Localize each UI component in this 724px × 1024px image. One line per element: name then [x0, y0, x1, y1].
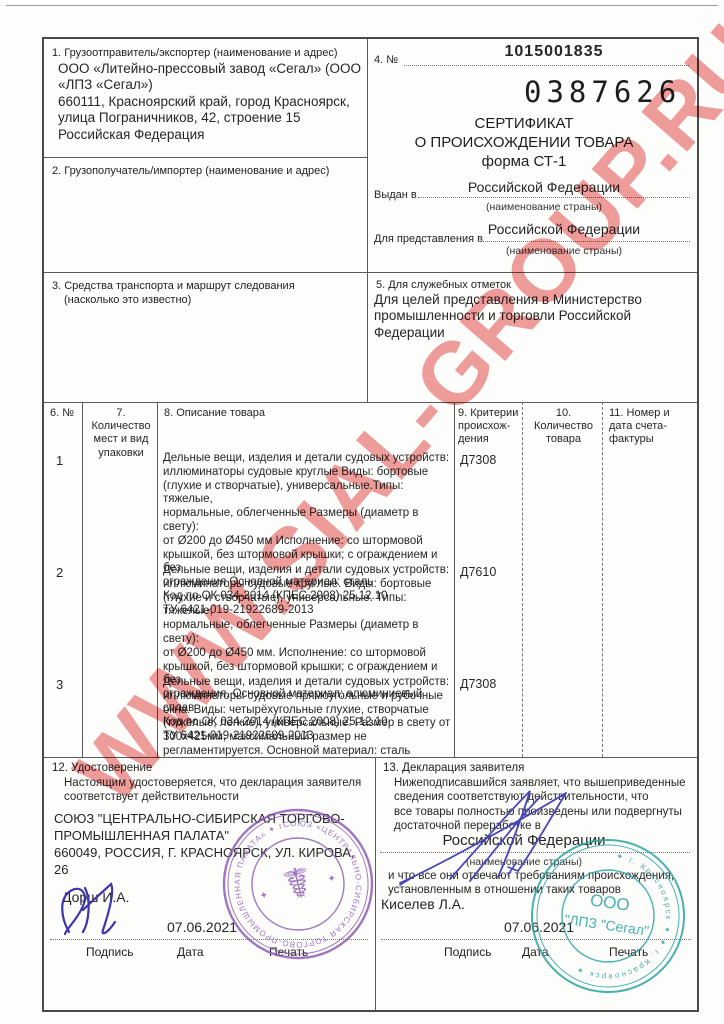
row2-criteria: Д7610	[460, 565, 496, 579]
box12-date-caption: Дата	[177, 945, 204, 959]
box12-organization: СОЮЗ "ЦЕНТРАЛЬНО-СИБИРСКАЯ ТОРГОВО- ПРОМ…	[54, 811, 372, 879]
box3-sublabel: (насколько это известно)	[64, 294, 364, 306]
box13-signer-name: Киселев Л.А.	[381, 896, 465, 912]
certificate-page: WWW.SIAL-GROUP.RU 1. Грузоотправитель/эк…	[0, 0, 724, 1024]
row1-criteria: Д7308	[460, 453, 496, 467]
box13-country-note: (наименование страны)	[399, 856, 649, 868]
box13-date-caption: Дата	[522, 945, 549, 959]
row3-criteria: Д7308	[460, 677, 496, 691]
certificate-title-line1: СЕРТИФИКАТ	[374, 115, 674, 134]
divider-vertical-top	[367, 39, 368, 402]
table-header-6: 6. №	[50, 407, 80, 420]
table-col-line-1	[82, 402, 83, 757]
row2-number: 2	[56, 565, 63, 580]
row3-number: 3	[56, 677, 63, 692]
box12-stamp-caption: Печать	[269, 945, 308, 959]
box13-text2: и что все они отвечают требованиям проис…	[388, 869, 688, 898]
box13-label: 13. Декларация заявителя	[383, 762, 524, 774]
certificate-title: СЕРТИФИКАТ О ПРОИСХОЖДЕНИИ ТОВАРА форма …	[374, 115, 674, 171]
table-header-8: 8. Описание товара	[164, 407, 444, 420]
box12-signature-caption: Подпись	[86, 945, 134, 959]
box4-number-line	[404, 47, 689, 66]
box13-country-line	[380, 836, 690, 853]
presented-in-line	[478, 225, 690, 242]
row1-number: 1	[56, 453, 63, 468]
issued-in-line	[418, 181, 690, 198]
certificate-title-line3: форма СТ-1	[374, 153, 674, 172]
table-header-11: 11. Номер и дата счета- фактуры	[609, 407, 691, 447]
table-header-10: 10. Количество товара	[527, 407, 600, 447]
box12-label: 12. Удостоверение	[52, 762, 152, 774]
divider-row2	[44, 272, 697, 273]
scan-edge-line	[6, 5, 718, 6]
presented-in-label: Для представления в	[374, 233, 483, 245]
box12-signature-line	[50, 923, 368, 940]
issued-in-note: (наименование страны)	[424, 201, 664, 213]
box4-label: 4. №	[374, 54, 398, 66]
box3-label: 3. Средства транспорта и маршрут следова…	[52, 280, 362, 292]
box12-signer-name: Дорш И.А.	[62, 889, 130, 905]
blank-number: 0387626	[524, 75, 681, 109]
presented-in-note: (наименование страны)	[444, 245, 684, 257]
box2-label: 2. Грузополучатель/импортер (наименовани…	[52, 165, 362, 177]
certificate-title-line2: О ПРОИСХОЖДЕНИИ ТОВАРА	[374, 134, 674, 153]
box5-label: 5. Для служебных отметок	[376, 279, 511, 291]
box13-stamp-caption: Печать	[609, 945, 648, 959]
divider-box12-box13	[375, 757, 376, 1010]
row3-description: Дельные вещи, изделия и детали судовых у…	[163, 676, 453, 759]
box12-text: Настоящим удостоверяется, что декларация…	[64, 776, 369, 805]
box5-content: Для целей представления в Министерство п…	[374, 292, 689, 341]
table-header-9: 9. Критерии происхож- дения	[458, 407, 520, 447]
table-header-7: 7. Количество мест и вид упаковки	[87, 407, 155, 460]
box1-label: 1. Грузоотправитель/экспортер (наименова…	[52, 47, 362, 59]
divider-box1-box2	[44, 157, 367, 158]
table-col-line-2	[157, 402, 158, 757]
table-col-line-3	[454, 402, 455, 757]
table-col-line-4	[522, 402, 523, 757]
box13-text: Нижеподписавшийся заявляет, что вышеприв…	[394, 776, 689, 834]
certificate-form: 1. Грузоотправитель/экспортер (наименова…	[42, 37, 699, 1012]
table-col-line-5	[602, 402, 603, 757]
issued-in-label: Выдан в	[374, 189, 417, 201]
box1-content: ООО «Литейно-прессовый завод «Сегал» (ОО…	[58, 61, 363, 143]
box13-signature-caption: Подпись	[444, 945, 492, 959]
box13-signature-line	[381, 923, 691, 940]
divider-table-top	[44, 402, 697, 403]
